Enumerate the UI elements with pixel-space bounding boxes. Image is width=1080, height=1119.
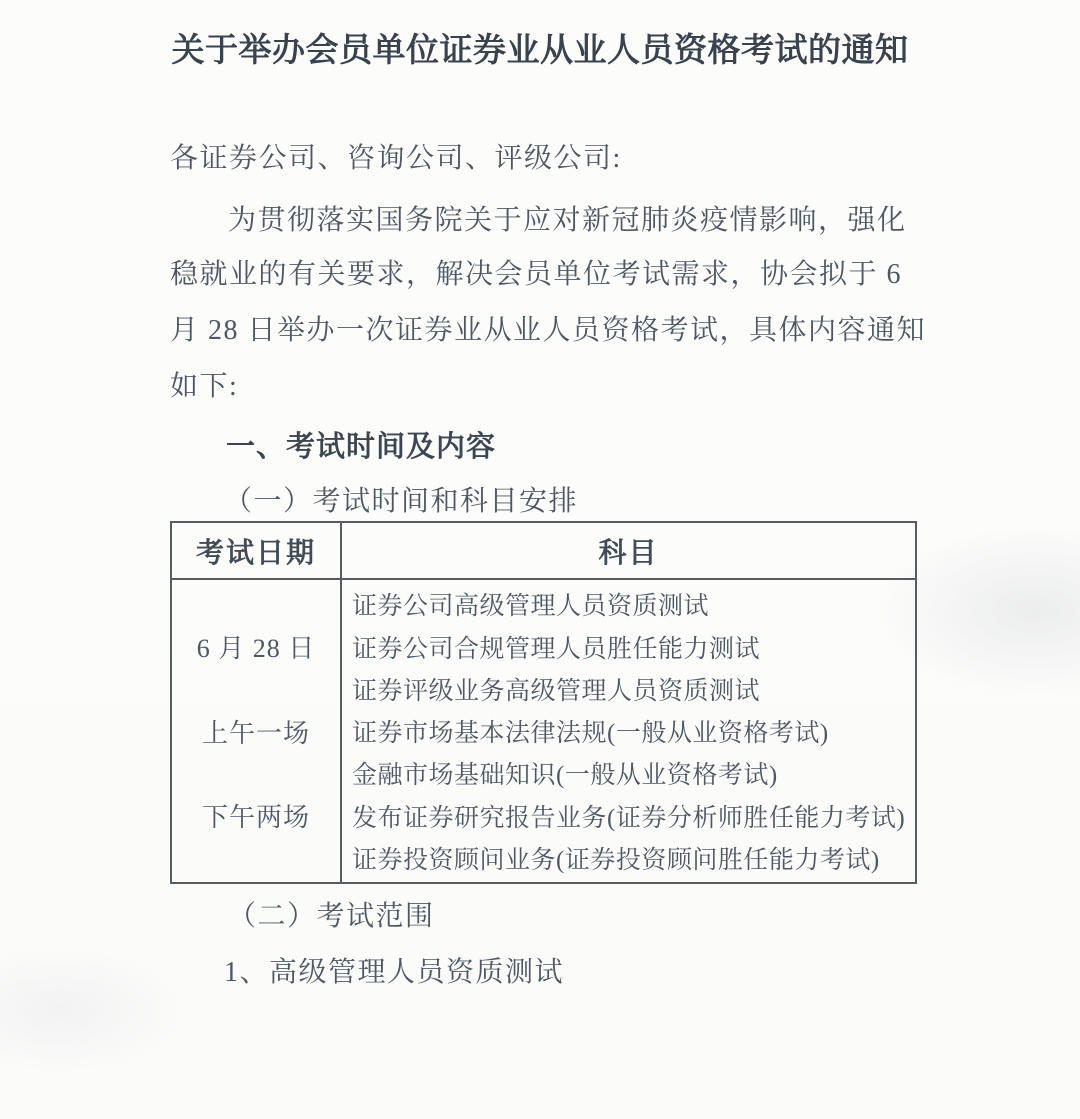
paragraph-line: 为贯彻落实国务院关于应对新冠肺炎疫情影响，强化 bbox=[170, 198, 930, 238]
exam-date-lines: 6 月 28 日 上午一场 下午两场 bbox=[172, 580, 340, 882]
subject-item: 证券投资顾问业务(证券投资顾问胜任能力考试) bbox=[352, 840, 915, 876]
subject-item: 证券公司高级管理人员资质测试 bbox=[352, 586, 915, 622]
subject-item: 金融市场基础知识(一般从业资格考试) bbox=[352, 755, 915, 791]
paragraph-line: 如下: bbox=[170, 364, 930, 404]
subject-item: 证券公司合规管理人员胜任能力测试 bbox=[352, 629, 915, 665]
exam-date-line: 6 月 28 日 bbox=[197, 628, 316, 665]
exam-date-cell: 6 月 28 日 上午一场 下午两场 bbox=[171, 579, 341, 883]
document-title: 关于举办会员单位证券业从业人员资格考试的通知 bbox=[0, 24, 1080, 71]
sub-heading-exam-scope: （二）考试范围 bbox=[228, 894, 928, 934]
scope-list-item-senior-management: 1、高级管理人员资质测试 bbox=[224, 950, 924, 990]
section-heading-exam-time: 一、考试时间及内容 bbox=[226, 424, 496, 465]
subject-item: 证券评级业务高级管理人员资质测试 bbox=[352, 671, 915, 707]
table-body-row: 6 月 28 日 上午一场 下午两场 证券公司高级管理人员资质测试 证券公司合规… bbox=[171, 579, 916, 883]
subject-item: 发布证券研究报告业务(证券分析师胜任能力考试) bbox=[352, 798, 915, 834]
subjects-cell: 证券公司高级管理人员资质测试 证券公司合规管理人员胜任能力测试 证券评级业务高级… bbox=[341, 579, 916, 883]
subject-list: 证券公司高级管理人员资质测试 证券公司合规管理人员胜任能力测试 证券评级业务高级… bbox=[342, 580, 915, 882]
column-header-subject: 科目 bbox=[341, 522, 916, 579]
paragraph-line: 月 28 日举办一次证券业从业人员资格考试，具体内容通知 bbox=[170, 308, 930, 348]
exam-schedule-table: 考试日期 科目 6 月 28 日 上午一场 下午两场 证券公司高级管理人员资质测… bbox=[170, 521, 917, 884]
subject-item: 证券市场基本法律法规(一般从业资格考试) bbox=[352, 713, 915, 749]
salutation-line: 各证券公司、咨询公司、评级公司: bbox=[170, 136, 930, 176]
sub-heading-schedule: （一）考试时间和科目安排 bbox=[224, 479, 924, 519]
paragraph-line: 稳就业的有关要求，解决会员单位考试需求，协会拟于 6 bbox=[170, 252, 930, 292]
exam-date-line: 下午两场 bbox=[202, 797, 310, 834]
column-header-exam-date: 考试日期 bbox=[171, 522, 341, 579]
document-page: 关于举办会员单位证券业从业人员资格考试的通知 各证券公司、咨询公司、评级公司: … bbox=[0, 0, 1080, 1119]
table-header-row: 考试日期 科目 bbox=[171, 522, 916, 579]
exam-date-line: 上午一场 bbox=[202, 713, 310, 750]
